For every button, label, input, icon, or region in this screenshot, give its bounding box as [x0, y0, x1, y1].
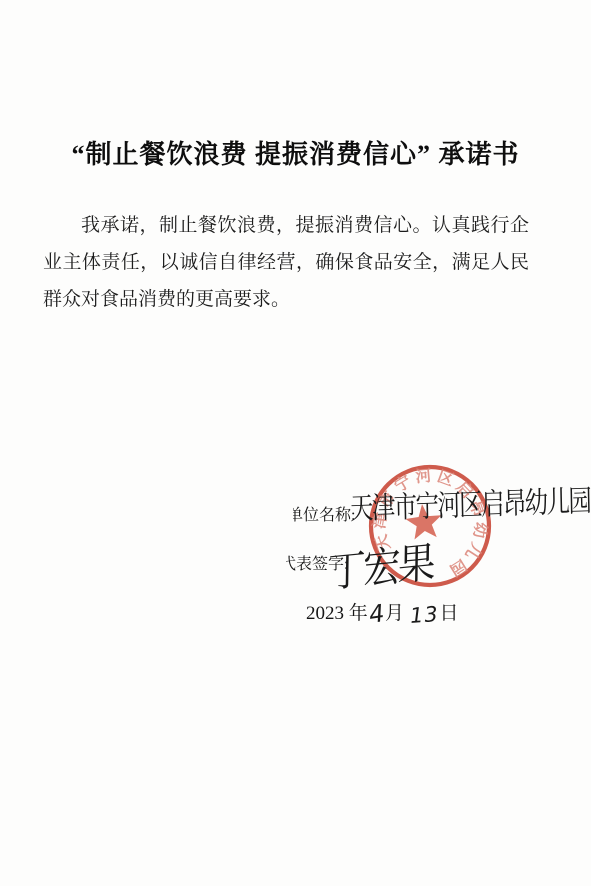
date-month-printed: 月 — [385, 603, 404, 624]
date-year-printed: 2023 年 — [306, 603, 368, 624]
date-day-printed: 日 — [440, 603, 459, 624]
unit-name-handwritten: 天津市宁河区启昂幼儿园 — [350, 476, 591, 528]
unit-name-label: 单位名称: — [293, 502, 355, 526]
page-title: “制止餐饮浪费 提振消费信心” 承诺书 — [0, 134, 591, 171]
commitment-letter-page: “制止餐饮浪费 提振消费信心” 承诺书 我承诺，制止餐饮浪费，提振消费信心。认真… — [0, 0, 591, 886]
representative-signature-handwritten: 丁宏果 — [328, 530, 434, 601]
date-day-handwritten: 13 — [409, 602, 439, 628]
date-line: 2023 年4月 13日 — [306, 598, 459, 628]
date-month-handwritten: 4 — [367, 599, 386, 629]
body-paragraph: 我承诺，制止餐饮浪费，提振消费信心。认真践行企业主体责任，以诚信自律经营，确保食… — [43, 207, 529, 318]
